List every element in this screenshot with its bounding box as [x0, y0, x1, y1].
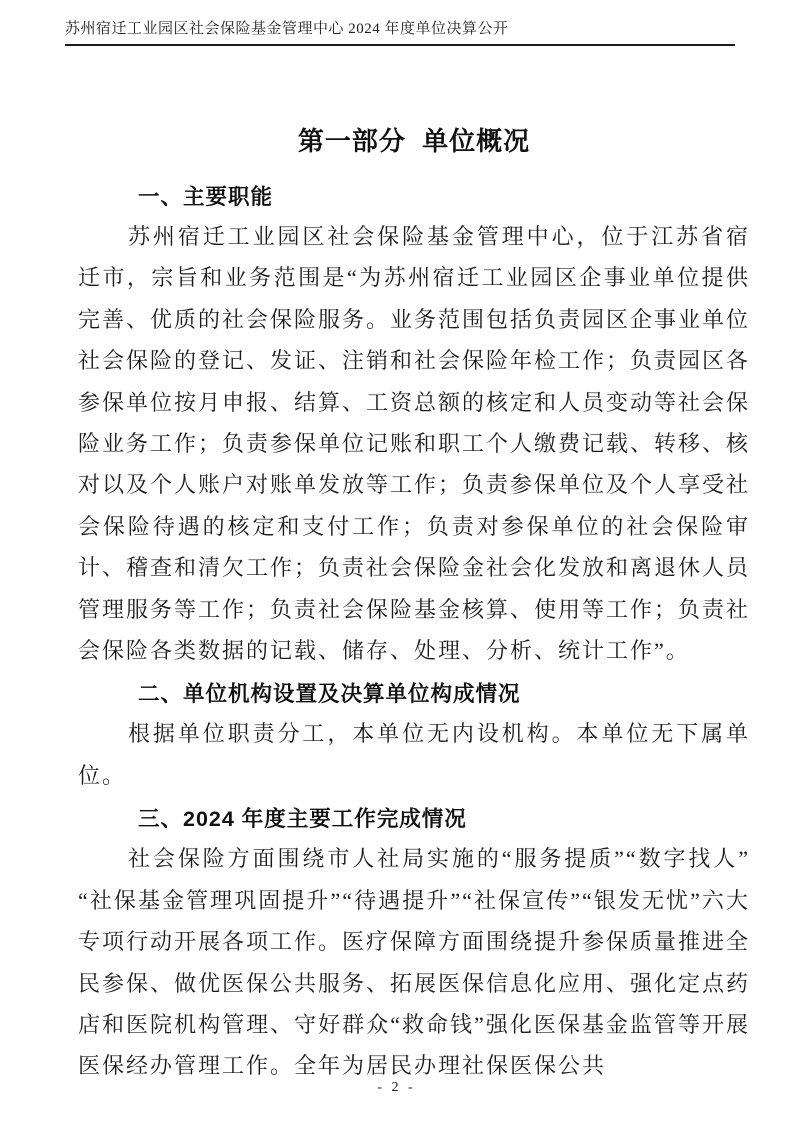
- header-title: 苏州宿迁工业园区社会保险基金管理中心 2024 年度单位决算公开: [65, 21, 509, 37]
- sections-container: 一、主要职能 苏州宿迁工业园区社会保险基金管理中心，位于江苏省宿迁市，宗旨和业务…: [78, 182, 750, 1087]
- document-section: 二、单位机构设置及决算单位构成情况 根据单位职责分工，本单位无内设机构。本单位无…: [78, 679, 750, 796]
- section-heading: 三、2024 年度主要工作完成情况: [78, 804, 750, 834]
- page-footer: - 2 -: [0, 1080, 793, 1096]
- document-section: 一、主要职能 苏州宿迁工业园区社会保险基金管理中心，位于江苏省宿迁市，宗旨和业务…: [78, 182, 750, 671]
- section-heading: 一、主要职能: [78, 182, 750, 212]
- document-body: 第一部分 单位概况 一、主要职能 苏州宿迁工业园区社会保险基金管理中心，位于江苏…: [78, 126, 750, 1087]
- body-paragraph: 苏州宿迁工业园区社会保险基金管理中心，位于江苏省宿迁市，宗旨和业务范围是“为苏州…: [78, 216, 750, 671]
- document-page: 苏州宿迁工业园区社会保险基金管理中心 2024 年度单位决算公开 第一部分 单位…: [0, 0, 793, 1122]
- body-paragraph: 社会保险方面围绕市人社局实施的“服务提质”“数字找人”“社保基金管理巩固提升”“…: [78, 838, 750, 1086]
- page-number: - 2 -: [377, 1080, 415, 1095]
- document-title: 第一部分 单位概况: [78, 126, 750, 156]
- section-heading: 二、单位机构设置及决算单位构成情况: [78, 679, 750, 709]
- body-paragraph: 根据单位职责分工，本单位无内设机构。本单位无下属单位。: [78, 713, 750, 796]
- document-section: 三、2024 年度主要工作完成情况 社会保险方面围绕市人社局实施的“服务提质”“…: [78, 804, 750, 1086]
- page-header: 苏州宿迁工业园区社会保险基金管理中心 2024 年度单位决算公开: [65, 20, 735, 46]
